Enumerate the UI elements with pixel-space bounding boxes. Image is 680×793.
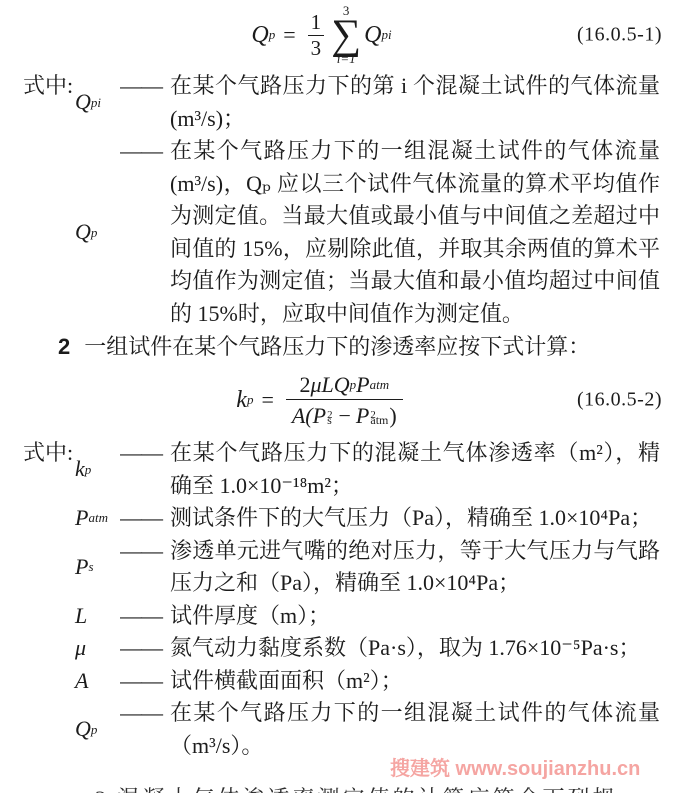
equation-2-number: (16.0.5-2) <box>577 389 662 412</box>
equation-2-formula: kp = 2μLQpPatm A(P2s−P2atm) <box>236 371 406 429</box>
term-Ps: Ps <box>75 535 120 600</box>
term-Qp-definition: 在某个气路压力下的一组混凝土试件的气体流量 (m³/s)，Qₚ 应以三个试件气体… <box>170 135 680 330</box>
eq2-equals: = <box>261 387 273 413</box>
definition-dash: —— <box>120 535 170 600</box>
where-list-1: 式中: Qpi —— 在某个气路压力下的第 i 个混凝土试件的气体流量 (m³/… <box>23 70 680 330</box>
eq1-lhs-base: Q <box>251 22 268 49</box>
definition-dash: —— <box>120 632 170 665</box>
clause-number: 2 <box>58 334 70 359</box>
definition-row: 式中: Qpi —— 在某个气路压力下的第 i 个混凝土试件的气体流量 (m³/… <box>23 70 680 135</box>
term-Patm: Patm <box>75 502 120 535</box>
where-list-2: 式中: kp —— 在某个气路压力下的混凝土气体渗透率（m²），精确至 1.0×… <box>23 437 680 762</box>
definition-dash: —— <box>120 697 170 762</box>
definition-dash: —— <box>120 502 170 535</box>
definition-dash: —— <box>120 600 170 633</box>
term-A-definition: 试件横截面面积（m²）； <box>170 665 680 698</box>
eq1-equals: = <box>283 22 295 48</box>
term-Qpi-definition: 在某个气路压力下的第 i 个混凝土试件的气体流量 (m³/s)； <box>170 70 680 135</box>
eq1-sum-lower-limit: i=1 <box>337 52 356 66</box>
clause-text: 一组试件在某个气路压力下的渗透率应按下式计算： <box>84 334 590 359</box>
definition-dash: —— <box>120 665 170 698</box>
document-page: Qp = 1 3 3 ∑ i=1 Qpi (16.0.5-1) 式中: Qpi … <box>0 0 680 793</box>
definition-dash: —— <box>120 70 170 135</box>
definition-row: L —— 试件厚度（m）； <box>23 600 680 633</box>
equation-1-number: (16.0.5-1) <box>577 24 662 47</box>
sigma-icon: ∑ <box>331 18 361 52</box>
truncated-bottom-line: 3 混凝土气体渗透率测定值的计算应符合下列规定： <box>95 786 665 793</box>
eq1-frac-numerator: 1 <box>308 10 325 34</box>
term-mu: μ <box>75 632 120 665</box>
eq1-frac-denominator: 3 <box>308 35 325 60</box>
equation-1-formula: Qp = 1 3 3 ∑ i=1 Qpi <box>251 4 391 66</box>
term-Patm-definition: 测试条件下的大气压力（Pa），精确至 1.0×10⁴Pa； <box>170 502 680 535</box>
eq2-lhs-base: k <box>236 387 247 414</box>
definition-dash: —— <box>120 437 170 502</box>
term-kp-definition: 在某个气路压力下的混凝土气体渗透率（m²），精确至 1.0×10⁻¹⁸m²； <box>170 437 680 502</box>
term-Qp: Qp <box>75 697 120 762</box>
term-kp: kp <box>75 437 120 502</box>
eq1-fraction: 1 3 <box>308 10 325 59</box>
eq2-num-variables: μLQ <box>310 371 349 399</box>
definition-row: Qp —— 在某个气路压力下的一组混凝土试件的气体流量 (m³/s)，Qₚ 应以… <box>23 135 680 330</box>
term-Qpi: Qpi <box>75 70 120 135</box>
where-prefix: 式中: <box>23 70 75 135</box>
equation-2: kp = 2μLQpPatm A(P2s−P2atm) (16.0.5-2) <box>23 363 680 437</box>
term-A: A <box>75 665 120 698</box>
term-Qp: Qp <box>75 135 120 330</box>
definition-row: A —— 试件横截面面积（m²）； <box>23 665 680 698</box>
clause-2-paragraph: 2一组试件在某个气路压力下的渗透率应按下式计算： <box>23 330 680 363</box>
definition-row: μ —— 氮气动力黏度系数（Pa·s），取为 1.76×10⁻⁵Pa·s； <box>23 632 680 665</box>
where-prefix: 式中: <box>23 437 75 502</box>
eq2-num-coefficient: 2 <box>299 371 310 399</box>
site-watermark: 搜建筑 www.soujianzhu.cn <box>390 752 640 781</box>
definition-dash: —— <box>120 135 170 330</box>
term-Ps-definition: 渗透单元进气嘴的绝对压力，等于大气压力与气路压力之和（Pa），精确至 1.0×1… <box>170 535 680 600</box>
definition-row: Patm —— 测试条件下的大气压力（Pa），精确至 1.0×10⁴Pa； <box>23 502 680 535</box>
eq2-denominator: A(P2s−P2atm) <box>286 399 403 430</box>
definition-row: Ps —— 渗透单元进气嘴的绝对压力，等于大气压力与气路压力之和（Pa），精确至… <box>23 535 680 600</box>
eq1-rhs-base: Q <box>364 22 381 49</box>
term-L: L <box>75 600 120 633</box>
definition-row: 式中: kp —— 在某个气路压力下的混凝土气体渗透率（m²），精确至 1.0×… <box>23 437 680 502</box>
equation-1: Qp = 1 3 3 ∑ i=1 Qpi (16.0.5-1) <box>23 0 680 70</box>
term-L-definition: 试件厚度（m）； <box>170 600 680 633</box>
term-mu-definition: 氮气动力黏度系数（Pa·s），取为 1.76×10⁻⁵Pa·s； <box>170 632 680 665</box>
eq2-numerator: 2μLQpPatm <box>286 371 403 399</box>
eq2-fraction: 2μLQpPatm A(P2s−P2atm) <box>286 371 403 429</box>
summation-symbol: 3 ∑ i=1 <box>331 4 361 66</box>
